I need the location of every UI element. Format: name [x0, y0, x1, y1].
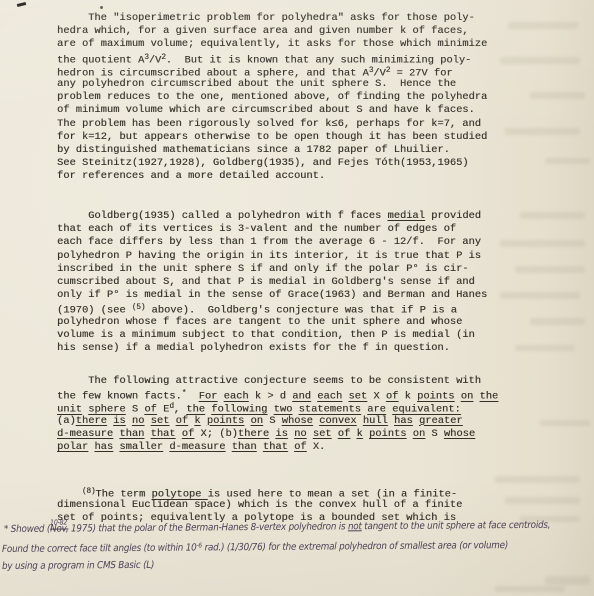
text-segment: not [348, 521, 362, 532]
text-segment: rad.) (1/30/76) for the extremal polyhed… [202, 540, 508, 553]
scanned-paper-page: The "isoperimetric problem for polyhedra… [0, 0, 594, 596]
text-segment: 1975) that the polar of the Berman-Hanes… [68, 521, 348, 534]
text-segment: by using a program in CMS Basic (L) [2, 560, 154, 572]
text-segment: tangent to the unit sphere at face centr… [362, 520, 551, 532]
handwriting-line-1: * Showed (10-82Nov, 1975) that the polar… [4, 520, 550, 535]
handwritten-annotation-layer: * Showed (10-82Nov, 1975) that the polar… [0, 0, 594, 596]
text-segment: Found the correct face tilt angles (to w… [2, 542, 197, 555]
text-segment: * Showed ( [4, 524, 50, 535]
handwriting-line-2: Found the correct face tilt angles (to w… [2, 539, 508, 555]
handwriting-line-3: by using a program in CMS Basic (L) [2, 560, 154, 572]
